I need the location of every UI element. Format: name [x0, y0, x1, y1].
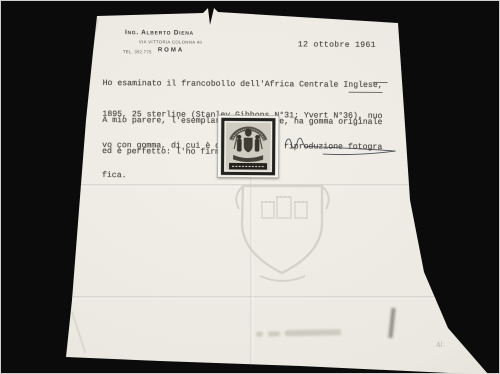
value-tablet [229, 163, 267, 170]
crest-helmet [245, 129, 252, 137]
arms-shield [244, 138, 252, 152]
date: 12 ottobre 1961 [298, 40, 376, 50]
letterhead-city: ROMA [158, 47, 184, 53]
certificate-content: Ing. Alberto Diena Via Vittoria Colonna … [0, 0, 500, 374]
photo-background: 4/. Ing. Alberto Diena Via Vittoria Colo… [0, 0, 500, 374]
body-line: Ho esaminato il francobollo dell'Africa … [103, 79, 383, 91]
letterhead-phone: Tel. 352.775 [123, 49, 152, 54]
hyphenation-underline [373, 81, 388, 82]
left-supporter-figure [237, 135, 241, 139]
signature-ink [257, 131, 402, 162]
letterhead-name: Ing. Alberto Diena [125, 29, 194, 36]
letterhead-address: Via Vittoria Colonna 40 [139, 39, 202, 44]
